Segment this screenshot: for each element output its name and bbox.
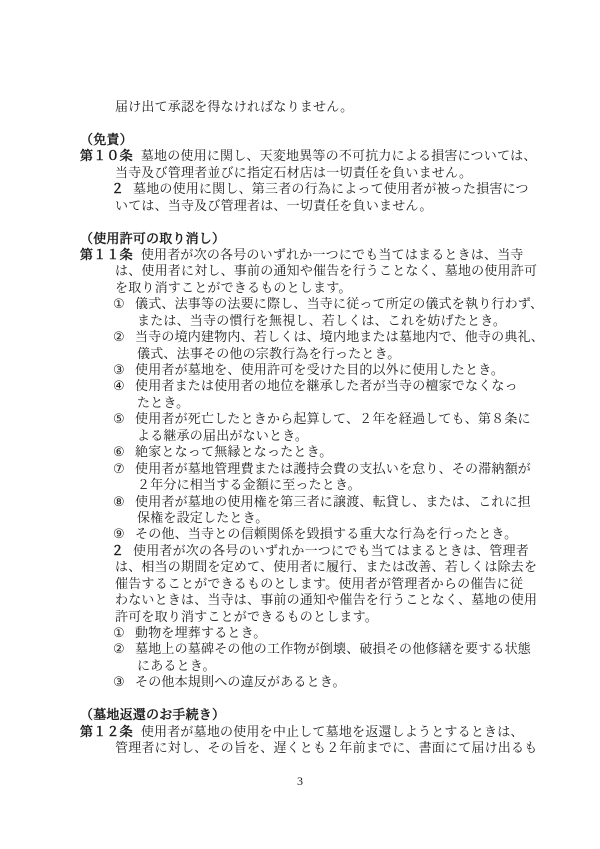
- circled-item-number: ②: [113, 329, 135, 345]
- item-line: ⑥絶家となって無縁となったとき。: [0, 444, 600, 460]
- line-text: 動物を埋葬するとき。: [135, 625, 266, 640]
- line-text: 当寺の境内建物内、若しくは、境内地または墓地内で、他寺の典礼、: [135, 329, 544, 344]
- item-continuation-line: 儀式、法事その他の宗教行為を行ったとき。: [0, 346, 600, 362]
- section-heading: （使用許可の取り消し）: [0, 231, 600, 247]
- continuation-line: いては、当寺及び管理者は、一切責任を負いません。: [0, 198, 600, 214]
- line-text: 使用者が墓地を、使用許可を受けた目的以外に使用したとき。: [135, 362, 504, 377]
- circled-item-number: ③: [113, 362, 135, 378]
- line-text: 使用者が墓地管理費または護持会費の支払いを怠り、その滞納額が: [135, 461, 531, 476]
- continuation-line: 許可を取り消すことができるものとします。: [0, 609, 600, 625]
- item-continuation-line: よる継承の届出がないとき。: [0, 428, 600, 444]
- continuation-line: を取り消すことができるものとします。: [0, 280, 600, 296]
- article-line: 第１０条墓地の使用に関し、天変地異等の不可抗力による損害については、: [0, 148, 600, 164]
- line-text: その他、当寺との信頼関係を毀損する重大な行為を行ったとき。: [135, 526, 517, 541]
- item-line: ①儀式、法事等の法要に際し、当寺に従って所定の儀式を執り行わず、: [0, 296, 600, 312]
- circled-item-number: ⑥: [113, 444, 135, 460]
- item-line: ⑨その他、当寺との信頼関係を毀損する重大な行為を行ったとき。: [0, 526, 600, 542]
- circled-item-number: ⑤: [113, 411, 135, 427]
- document-page: 届け出て承認を得なければなりません。（免責）第１０条墓地の使用に関し、天変地異等…: [0, 0, 600, 849]
- circled-item-number: ③: [113, 674, 135, 690]
- line-text: 使用者が次の各号のいずれか一つにでも当てはまるときは、管理者: [133, 543, 529, 558]
- circled-item-number: ④: [113, 378, 135, 394]
- circled-item-number: ②: [113, 641, 135, 657]
- paragraph-number: 第１１条: [80, 247, 133, 262]
- blank-line: [0, 691, 600, 707]
- item-line: ③使用者が墓地を、使用許可を受けた目的以外に使用したとき。: [0, 362, 600, 378]
- paragraph-number: 第１０条: [80, 148, 133, 163]
- line-text: 使用者が次の各号のいずれか一つにでも当てはまるときは、当寺: [141, 247, 524, 262]
- item-continuation-line: または、当寺の慣行を無視し、若しくは、これを妨げたとき。: [0, 313, 600, 329]
- continuation-line: わないときは、当寺は、事前の通知や催告を行うことなく、墓地の使用: [0, 592, 600, 608]
- blank-line: [0, 214, 600, 230]
- item-continuation-line: にあるとき。: [0, 658, 600, 674]
- section-heading: （免責）: [0, 132, 600, 148]
- circled-item-number: ⑧: [113, 494, 135, 510]
- line-text: 墓地の使用に関し、第三者の行為によって使用者が被った損害につ: [133, 181, 529, 196]
- item-line: ②当寺の境内建物内、若しくは、境内地または墓地内で、他寺の典礼、: [0, 329, 600, 345]
- line-text: 絶家となって無縁となったとき。: [135, 444, 332, 459]
- continuation-line: は、使用者に対し、事前の通知や催告を行うことなく、墓地の使用許可: [0, 263, 600, 279]
- article-line: 第１２条使用者が墓地の使用を中止して墓地を返還しようとするときは、: [0, 724, 600, 740]
- item-line: ①動物を埋葬するとき。: [0, 625, 600, 641]
- sub-paragraph-line: ２使用者が次の各号のいずれか一つにでも当てはまるときは、管理者: [0, 543, 600, 559]
- paragraph-number: ２: [111, 543, 133, 559]
- item-line: ②墓地上の墓碑その他の工作物が倒壊、破損その他修繕を要する状態: [0, 641, 600, 657]
- item-line: ③その他本規則への違反があるとき。: [0, 674, 600, 690]
- continuation-line: 届け出て承認を得なければなりません。: [0, 99, 600, 115]
- blank-line: [0, 115, 600, 131]
- page-number: 3: [0, 773, 600, 789]
- item-line: ④使用者または使用者の地位を継承した者が当寺の檀家でなくなっ: [0, 378, 600, 394]
- circled-item-number: ①: [113, 625, 135, 641]
- continuation-line: は、相当の期間を定めて、使用者に履行、または改善、若しくは除去を: [0, 559, 600, 575]
- line-text: その他本規則への違反があるとき。: [135, 674, 346, 689]
- item-line: ⑧使用者が墓地の使用権を第三者に譲渡、転貸し、または、これに担: [0, 494, 600, 510]
- item-line: ⑤使用者が死亡したときから起算して、２年を経過しても、第８条に: [0, 411, 600, 427]
- circled-item-number: ⑦: [113, 461, 135, 477]
- paragraph-number: ２: [111, 181, 133, 197]
- document-body: 届け出て承認を得なければなりません。（免責）第１０条墓地の使用に関し、天変地異等…: [0, 99, 600, 757]
- line-text: 墓地の使用に関し、天変地異等の不可抗力による損害については、: [141, 148, 537, 163]
- continuation-line: 当寺及び管理者並びに指定石材店は一切責任を負いません。: [0, 165, 600, 181]
- item-continuation-line: たとき。: [0, 395, 600, 411]
- article-line: 第１１条使用者が次の各号のいずれか一つにでも当てはまるときは、当寺: [0, 247, 600, 263]
- sub-paragraph-line: ２墓地の使用に関し、第三者の行為によって使用者が被った損害につ: [0, 181, 600, 197]
- continuation-line: 催告することができるものとします。使用者が管理者からの催告に従: [0, 576, 600, 592]
- section-heading: （墓地返還のお手続き）: [0, 707, 600, 723]
- item-continuation-line: ２年分に相当する金額に至ったとき。: [0, 477, 600, 493]
- circled-item-number: ①: [113, 296, 135, 312]
- paragraph-number: 第１２条: [80, 724, 133, 739]
- line-text: 使用者が墓地の使用を中止して墓地を返還しようとするときは、: [141, 724, 524, 739]
- item-continuation-line: 保権を設定したとき。: [0, 510, 600, 526]
- line-text: 使用者または使用者の地位を継承した者が当寺の檀家でなくなっ: [135, 378, 518, 393]
- line-text: 儀式、法事等の法要に際し、当寺に従って所定の儀式を執り行わず、: [135, 296, 543, 311]
- line-text: 使用者が死亡したときから起算して、２年を経過しても、第８条に: [135, 411, 531, 426]
- line-text: 使用者が墓地の使用権を第三者に譲渡、転貸し、または、これに担: [135, 494, 531, 509]
- item-line: ⑦使用者が墓地管理費または護持会費の支払いを怠り、その滞納額が: [0, 461, 600, 477]
- circled-item-number: ⑨: [113, 526, 135, 542]
- line-text: 墓地上の墓碑その他の工作物が倒壊、破損その他修繕を要する状態: [135, 641, 531, 656]
- continuation-line: 管理者に対し、その旨を、遅くとも２年前までに、書面にて届け出るも: [0, 740, 600, 756]
